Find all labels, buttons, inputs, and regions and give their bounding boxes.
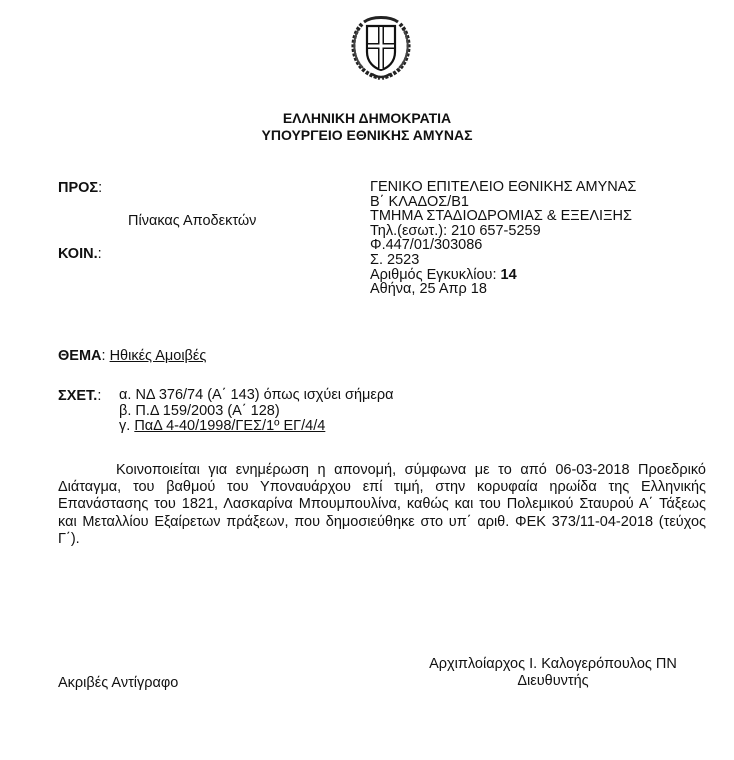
cc-label-text: ΚΟΙΝ. xyxy=(58,246,98,262)
references-label-text: ΣΧΕΤ. xyxy=(58,388,97,404)
reference-item: α. ΝΔ 376/74 (Α΄ 143) όπως ισχύει σήμερα xyxy=(119,388,394,404)
signatory-title: Διευθυντής xyxy=(398,673,708,690)
cc-colon: : xyxy=(98,246,102,262)
circular-number: Αριθμός Εγκυκλίου: 14 xyxy=(370,268,636,283)
body-paragraph: Κοινοποιείται για ενημέρωση η απονομή, σ… xyxy=(58,462,706,548)
document-date: Αθήνα, 25 Απρ 18 xyxy=(370,282,636,297)
certified-copy: Ακριβές Αντίγραφο xyxy=(58,675,178,691)
references-list: α. ΝΔ 376/74 (Α΄ 143) όπως ισχύει σήμερα… xyxy=(119,388,394,435)
to-label: ΠΡΟΣ: xyxy=(58,180,102,196)
signature-block: Αρχιπλοίαρχος Ι. Καλογερόπουλος ΠΝ Διευθ… xyxy=(398,656,708,690)
subject-line: ΘΕΜΑ: Ηθικές Αμοιβές xyxy=(58,348,206,364)
greek-coat-of-arms-icon xyxy=(348,12,414,82)
protocol-number: Σ. 2523 xyxy=(370,253,636,268)
reference-value: ΠαΔ 4-40/1998/ΓΕΣ/1º ΕΓ/4/4 xyxy=(134,418,325,434)
to-colon: : xyxy=(98,180,102,196)
references-colon: : xyxy=(97,388,101,404)
circular-label: Αριθμός Εγκυκλίου: xyxy=(370,267,501,283)
file-reference: Φ.447/01/303086 xyxy=(370,238,636,253)
sender-block: ΓΕΝΙΚΟ ΕΠΙΤΕΛΕΙΟ ΕΘΝΙΚΗΣ ΑΜΥΝΑΣ Β΄ ΚΛΑΔΟ… xyxy=(370,180,636,297)
signatory-name: Αρχιπλοίαρχος Ι. Καλογερόπουλος ΠΝ xyxy=(398,656,708,673)
sender-phone: Τηλ.(εσωτ.): 210 657-5259 xyxy=(370,224,636,239)
sender-line: ΤΜΗΜΑ ΣΤΑΔΙΟΔΡΟΜΙΑΣ & ΕΞΕΛΙΞΗΣ xyxy=(370,209,636,224)
cc-label: ΚΟΙΝ.: xyxy=(58,246,102,262)
country-heading: ΕΛΛΗΝΙΚΗ ΔΗΜΟΚΡΑΤΙΑ xyxy=(0,110,734,127)
reference-prefix: γ. xyxy=(119,418,134,434)
sender-line: Β΄ ΚΛΑΔΟΣ/Β1 xyxy=(370,195,636,210)
ministry-heading: ΥΠΟΥΡΓΕΙΟ ΕΘΝΙΚΗΣ ΑΜΥΝΑΣ xyxy=(0,127,734,144)
subject-value: Ηθικές Αμοιβές xyxy=(110,348,207,364)
references-label: ΣΧΕΤ.: xyxy=(58,388,101,404)
reference-item: γ. ΠαΔ 4-40/1998/ΓΕΣ/1º ΕΓ/4/4 xyxy=(119,419,394,435)
body-text: Κοινοποιείται για ενημέρωση η απονομή, σ… xyxy=(58,462,706,547)
to-label-text: ΠΡΟΣ xyxy=(58,180,98,196)
sender-line: ΓΕΝΙΚΟ ΕΠΙΤΕΛΕΙΟ ΕΘΝΙΚΗΣ ΑΜΥΝΑΣ xyxy=(370,180,636,195)
recipients-list: Πίνακας Αποδεκτών xyxy=(128,213,256,229)
subject-colon: : xyxy=(102,348,106,364)
reference-item: β. Π.Δ 159/2003 (Α΄ 128) xyxy=(119,404,394,420)
circular-value: 14 xyxy=(501,267,517,283)
subject-label: ΘΕΜΑ xyxy=(58,348,102,364)
